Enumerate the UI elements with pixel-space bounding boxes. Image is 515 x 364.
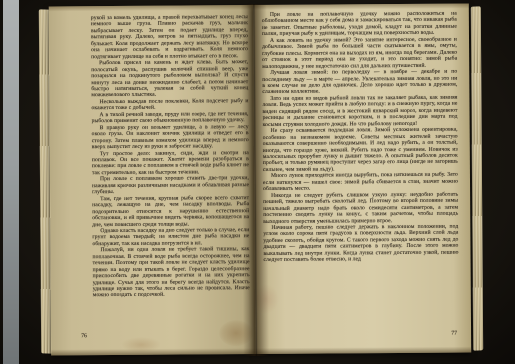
page-top-shadow <box>49 5 253 11</box>
paper-stain <box>219 320 253 346</box>
book-photo-scene: рукой за комель удилища, а правой перехв… <box>0 0 515 364</box>
paragraph: Несколько выждав после поклевки, Коля по… <box>91 98 248 112</box>
paragraph: Там, где нет течения, крупная рыба скоре… <box>92 195 249 228</box>
right-page-edge-stack <box>471 6 483 350</box>
paragraph: Тут простое дело: закинул, сиди, жди и с… <box>92 150 249 177</box>
background-wall-strip <box>3 0 19 364</box>
left-page-text: рукой за комель удилища, а правой перехв… <box>91 14 250 299</box>
paragraph: В правую руку он возьмет удилище, а в ле… <box>92 124 249 151</box>
paragraph: Начиная работу, пешню следует держать в … <box>263 224 458 264</box>
paragraph: Пожалуй, ни одна ловля не требует такой … <box>92 246 249 299</box>
paragraph: Однако класть насадку на дно следует тол… <box>92 227 249 247</box>
page-bottom-shadow <box>51 348 255 355</box>
right-page: При ловле на поплавочную удочку можно ра… <box>253 4 471 354</box>
paragraph: Лучшая ловля зимой: по перволедку — в но… <box>262 69 457 96</box>
paragraph: Рыболов присел на камень и ждет клева. Б… <box>91 59 248 99</box>
paragraph: Зато ни один из видов рыбной ловли так н… <box>262 95 457 129</box>
paragraph: Много лунок приходится иногда вырубить, … <box>263 172 458 193</box>
paragraph: Никогда не следует рубить слишком узкую … <box>263 191 458 225</box>
paragraph: При ловле с поплавком хорошо ставить две… <box>92 175 249 195</box>
left-page: рукой за комель удилища, а правой перехв… <box>49 5 255 355</box>
page-bottom-shadow <box>255 347 471 355</box>
page-top-shadow <box>253 4 469 11</box>
paragraph: рукой за комель удилища, а правой перехв… <box>91 14 248 60</box>
left-page-number: 76 <box>81 333 87 339</box>
paragraph: А в тихой речной заводи, пруду или озере… <box>92 111 249 125</box>
paper-stain <box>121 337 161 353</box>
paragraph: При ловле на поплавочную удочку можно ра… <box>262 11 457 38</box>
open-book: рукой за комель удилища, а правой перехв… <box>35 0 485 361</box>
right-page-text: При ловле на поплавочную удочку можно ра… <box>262 11 459 264</box>
paper-stain <box>253 284 279 314</box>
right-page-number: 77 <box>451 331 457 337</box>
paragraph: А как ловить на удочку зимой? Это заняти… <box>262 36 457 70</box>
paragraph: Не сразу осваивается подледная ловля. Зи… <box>263 127 458 174</box>
